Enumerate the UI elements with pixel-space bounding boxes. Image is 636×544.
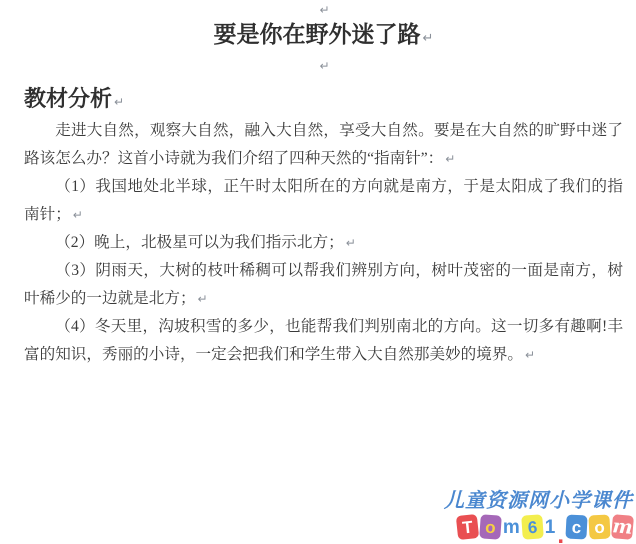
paragraph-mark-icon: ↵ (319, 3, 329, 17)
paragraph-mark-icon: ↵ (525, 348, 535, 362)
empty-paragraph: ↵ (24, 0, 623, 20)
paragraph-mark-icon: ↵ (319, 59, 329, 73)
document-page: ↵ 要是你在野外迷了路↵ ↵ 教材分析↵ 走进大自然，观察大自然，融入大自然，享… (0, 0, 636, 544)
watermark-logo-wordmark: Tom61.com (444, 513, 633, 541)
paragraph-mark-icon: ↵ (445, 152, 455, 166)
paragraph-item-2: （2）晚上，北极星可以为我们指示北方；↵ (24, 229, 623, 257)
watermark-site-name: 儿童资源网小学课件 (444, 490, 633, 512)
paragraph-mark-icon: ↵ (198, 292, 208, 306)
paragraph-mark-icon: ↵ (346, 236, 356, 250)
page-title: 要是你在野外迷了路↵ (24, 20, 623, 54)
watermark: 儿童资源网小学课件 Tom61.com (444, 490, 633, 541)
paragraph-mark-icon: ↵ (114, 95, 124, 109)
empty-paragraph: ↵ (24, 54, 623, 78)
logo-letter-c: c (565, 514, 587, 539)
paragraph-text: （3）阴雨天，大树的枝叶稀稠可以帮我们辨别方向，树叶茂密的一面是南方，树叶稀少的… (24, 262, 623, 307)
logo-letter-6: 6 (521, 514, 544, 539)
paragraph-mark-icon: ↵ (423, 31, 434, 46)
section-heading: 教材分析↵ (24, 84, 623, 117)
paragraph-text: （1）我国地处北半球，正午时太阳所在的方向就是南方，于是太阳成了我们的指南针； (24, 178, 623, 223)
page-title-text: 要是你在野外迷了路 (214, 22, 421, 47)
logo-letter-o: o (588, 514, 610, 539)
logo-letter-T: T (456, 514, 479, 540)
logo-letter-m: m (611, 514, 634, 540)
logo-letter-1: 1 (545, 518, 556, 537)
paragraph-mark-icon: ↵ (73, 208, 83, 222)
paragraph-text: （2）晚上，北极星可以为我们指示北方； (55, 234, 344, 251)
logo-letter-m: m (503, 518, 520, 537)
paragraph-item-1: （1）我国地处北半球，正午时太阳所在的方向就是南方，于是太阳成了我们的指南针；↵ (24, 173, 623, 229)
paragraph-item-4: （4）冬天里，沟坡积雪的多少，也能帮我们判别南北的方向。这一切多有趣啊!丰富的知… (24, 313, 623, 369)
paragraph-text: 走进大自然，观察大自然，融入大自然，享受大自然。要是在大自然的旷野中迷了路该怎么… (24, 122, 623, 167)
document-content: ↵ 要是你在野外迷了路↵ ↵ 教材分析↵ 走进大自然，观察大自然，融入大自然，享… (0, 0, 636, 369)
section-heading-text: 教材分析 (24, 86, 112, 111)
paragraph-item-3: （3）阴雨天，大树的枝叶稀稠可以帮我们辨别方向，树叶茂密的一面是南方，树叶稀少的… (24, 257, 623, 313)
paragraph-intro: 走进大自然，观察大自然，融入大自然，享受大自然。要是在大自然的旷野中迷了路该怎么… (24, 117, 623, 173)
logo-letter-o: o (479, 514, 502, 539)
logo-letter-dot: . (557, 531, 564, 541)
